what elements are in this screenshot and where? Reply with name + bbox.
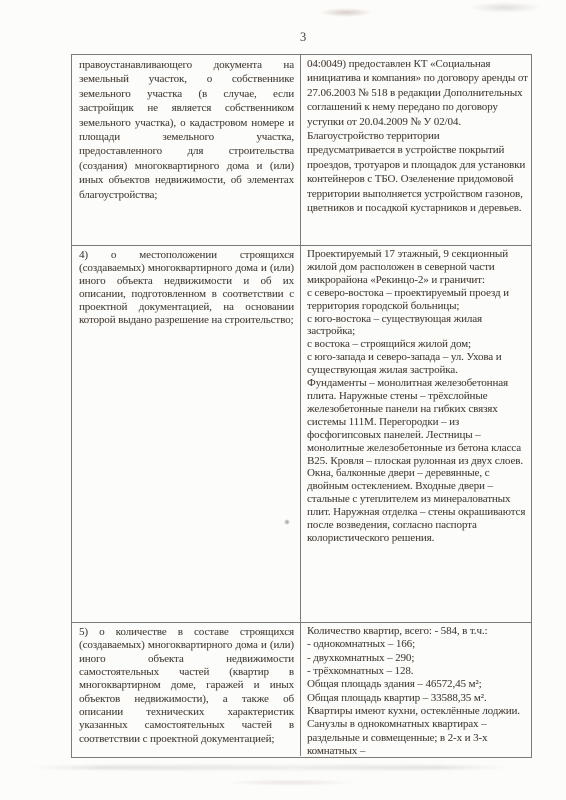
scan-smudge — [468, 2, 542, 13]
clause-details-cell: 04:0049) предоставлен КТ «Социальная ини… — [301, 55, 531, 245]
clause-text-cell: 4) о местоположении строящихся (создавае… — [72, 246, 301, 622]
table-row-location-description: 4) о местоположении строящихся (создавае… — [72, 245, 531, 622]
page-number: 3 — [300, 30, 306, 45]
table-row-apartment-count: 5) о количестве в составе строящихся (со… — [72, 622, 531, 756]
clause-text-cell: правоустанавливающего документа на земел… — [72, 55, 301, 245]
project-declaration-table: правоустанавливающего документа на земел… — [71, 54, 532, 758]
scan-smudge — [320, 8, 372, 17]
clause-text-cell: 5) о количестве в составе строящихся (со… — [72, 623, 301, 756]
clause-details-cell: Проектируемый 17 этажный, 9 секционный ж… — [301, 246, 531, 622]
scanned-document-page: 3 правоустанавливающего документа на зем… — [0, 0, 566, 800]
table-row-land-plot: правоустанавливающего документа на земел… — [72, 55, 531, 245]
clause-details-cell: Количество квартир, всего: - 584, в т.ч.… — [301, 623, 531, 756]
scan-streak — [225, 779, 355, 786]
scan-streak — [28, 765, 512, 770]
